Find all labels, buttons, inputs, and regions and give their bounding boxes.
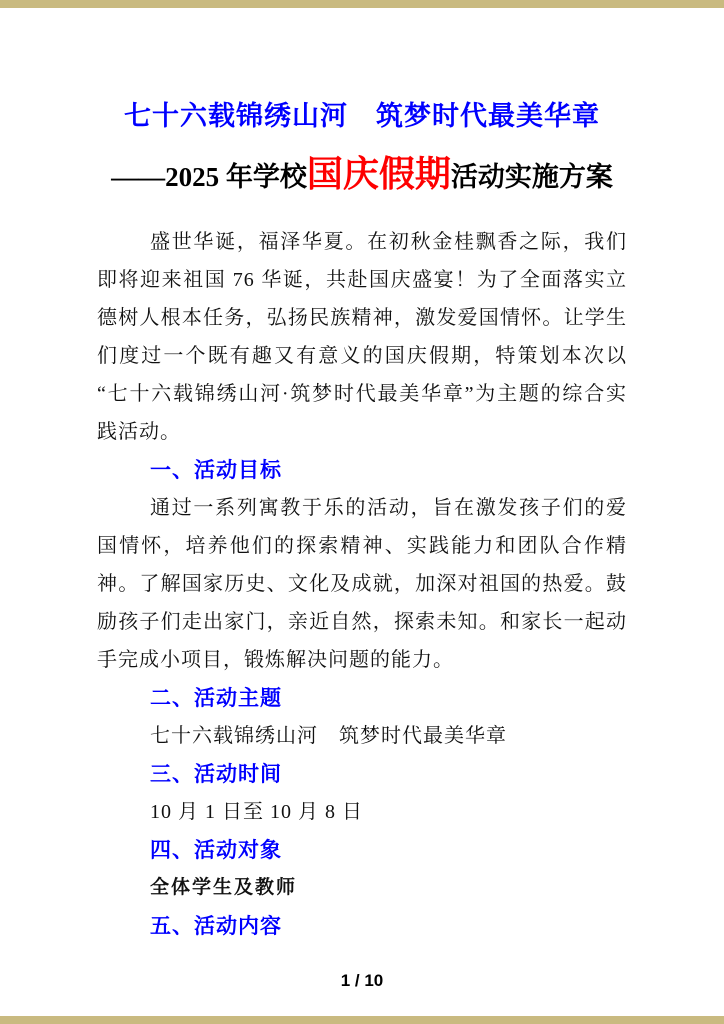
subtitle-highlight: 国庆假期: [307, 154, 451, 194]
bottom-edge-band: [0, 1016, 724, 1024]
section-heading-theme: 二、活动主题: [97, 679, 627, 717]
document-title: 七十六载锦绣山河 筑梦时代最美华章: [97, 96, 627, 136]
document-page: 七十六载锦绣山河 筑梦时代最美华章 ——2025 年学校国庆假期活动实施方案 盛…: [0, 0, 724, 1024]
audience-line: 全体学生及教师: [97, 869, 627, 907]
section-heading-audience: 四、活动对象: [97, 831, 627, 869]
section-heading-goals: 一、活动目标: [97, 451, 627, 489]
section-heading-content: 五、活动内容: [97, 907, 627, 945]
document-content: 七十六载锦绣山河 筑梦时代最美华章 ——2025 年学校国庆假期活动实施方案 盛…: [97, 0, 627, 991]
page-number: 1 / 10: [97, 971, 627, 991]
intro-paragraph: 盛世华诞，福泽华夏。在初秋金桂飘香之际，我们即将迎来祖国 76 华诞，共赴国庆盛…: [97, 223, 627, 451]
theme-line: 七十六载锦绣山河 筑梦时代最美华章: [97, 717, 627, 755]
subtitle-suffix: 活动实施方案: [451, 162, 613, 192]
time-line: 10 月 1 日至 10 月 8 日: [97, 793, 627, 831]
goals-paragraph: 通过一系列寓教于乐的活动，旨在激发孩子们的爱国情怀，培养他们的探索精神、实践能力…: [97, 489, 627, 679]
section-heading-time: 三、活动时间: [97, 755, 627, 793]
subtitle-prefix: ——2025 年学校: [111, 162, 307, 192]
document-subtitle: ——2025 年学校国庆假期活动实施方案: [97, 150, 627, 201]
document-body: 盛世华诞，福泽华夏。在初秋金桂飘香之际，我们即将迎来祖国 76 华诞，共赴国庆盛…: [97, 223, 627, 945]
